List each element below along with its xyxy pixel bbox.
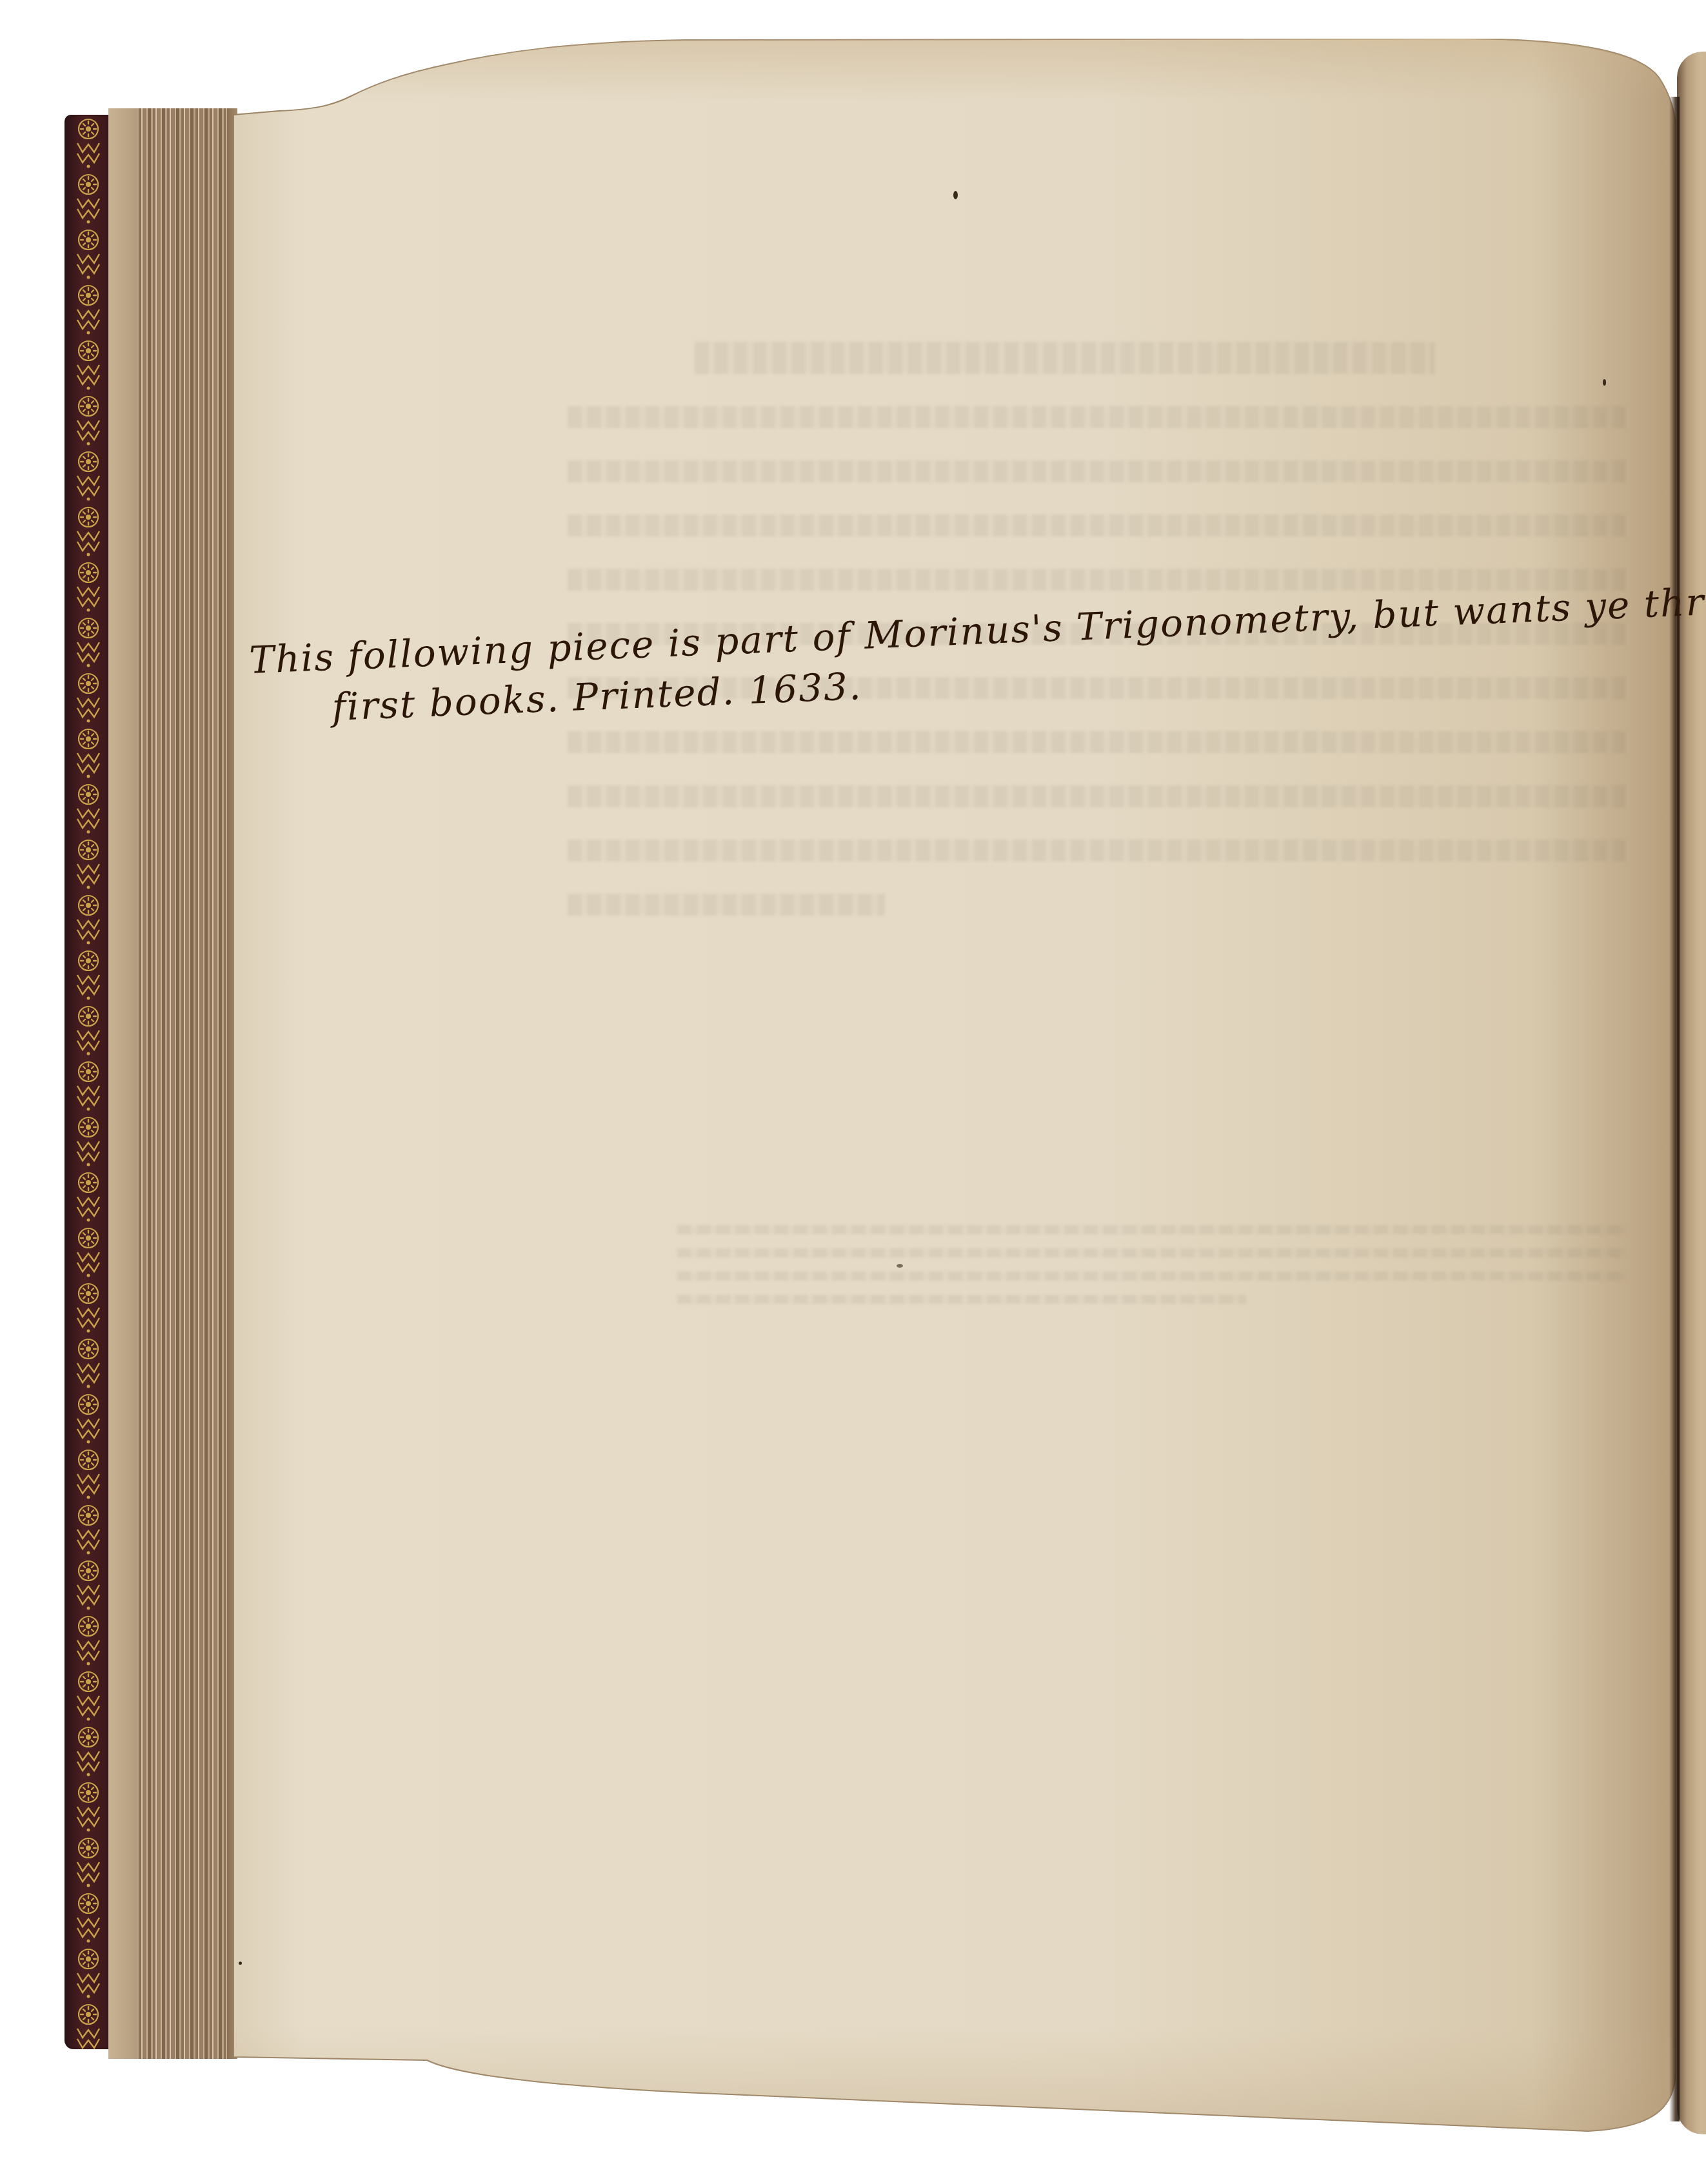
- paper-speck: [897, 1264, 903, 1268]
- gilt-rosette-icon: [74, 448, 103, 503]
- gilt-rosette-icon: [74, 170, 103, 226]
- gilt-rosette-icon: [74, 1058, 103, 1113]
- gilt-rosette-icon: [74, 836, 103, 891]
- gilt-rosette-icon: [74, 1446, 103, 1501]
- gilt-rosette-icon: [74, 2000, 103, 2049]
- gilt-rosette-icon: [74, 392, 103, 448]
- gilt-tooling-border: [74, 115, 103, 2049]
- gilt-rosette-icon: [74, 1279, 103, 1335]
- gilt-rosette-icon: [74, 669, 103, 725]
- leather-cover-edge: [64, 115, 111, 2049]
- gilt-rosette-icon: [74, 1002, 103, 1058]
- page-block-fore-edge: [108, 108, 237, 2059]
- gilt-rosette-icon: [74, 1889, 103, 1945]
- gilt-rosette-icon: [74, 503, 103, 558]
- gilt-rosette-icon: [74, 1335, 103, 1390]
- gilt-rosette-icon: [74, 1945, 103, 2000]
- gilt-rosette-icon: [74, 1390, 103, 1446]
- paper-speck: [1603, 379, 1606, 386]
- gilt-rosette-icon: [74, 1224, 103, 1279]
- gilt-rosette-icon: [74, 1113, 103, 1168]
- gilt-rosette-icon: [74, 614, 103, 669]
- gilt-rosette-icon: [74, 725, 103, 780]
- gilt-rosette-icon: [74, 1723, 103, 1778]
- gilt-rosette-icon: [74, 1778, 103, 1834]
- paper-speck: [953, 191, 958, 199]
- gilt-rosette-icon: [74, 1501, 103, 1557]
- gilt-rosette-icon: [74, 1168, 103, 1224]
- book-photo: This following piece is part of Morinus'…: [0, 0, 1706, 2184]
- gilt-rosette-icon: [74, 780, 103, 836]
- gilt-rosette-icon: [74, 1834, 103, 1889]
- gilt-rosette-icon: [74, 891, 103, 947]
- bleed-through-footnotes: [677, 1225, 1625, 1318]
- gilt-rosette-icon: [74, 1668, 103, 1723]
- facing-page-edge: [1677, 52, 1706, 2134]
- gilt-rosette-icon: [74, 281, 103, 337]
- gilt-rosette-icon: [74, 947, 103, 1002]
- gilt-rosette-icon: [74, 558, 103, 614]
- gilt-rosette-icon: [74, 1557, 103, 1612]
- gutter-shadow: [1669, 97, 1680, 2121]
- gilt-rosette-icon: [74, 337, 103, 392]
- paper-speck: [239, 1962, 242, 1965]
- gilt-rosette-icon: [74, 115, 103, 170]
- gilt-rosette-icon: [74, 1612, 103, 1668]
- gilt-rosette-icon: [74, 226, 103, 281]
